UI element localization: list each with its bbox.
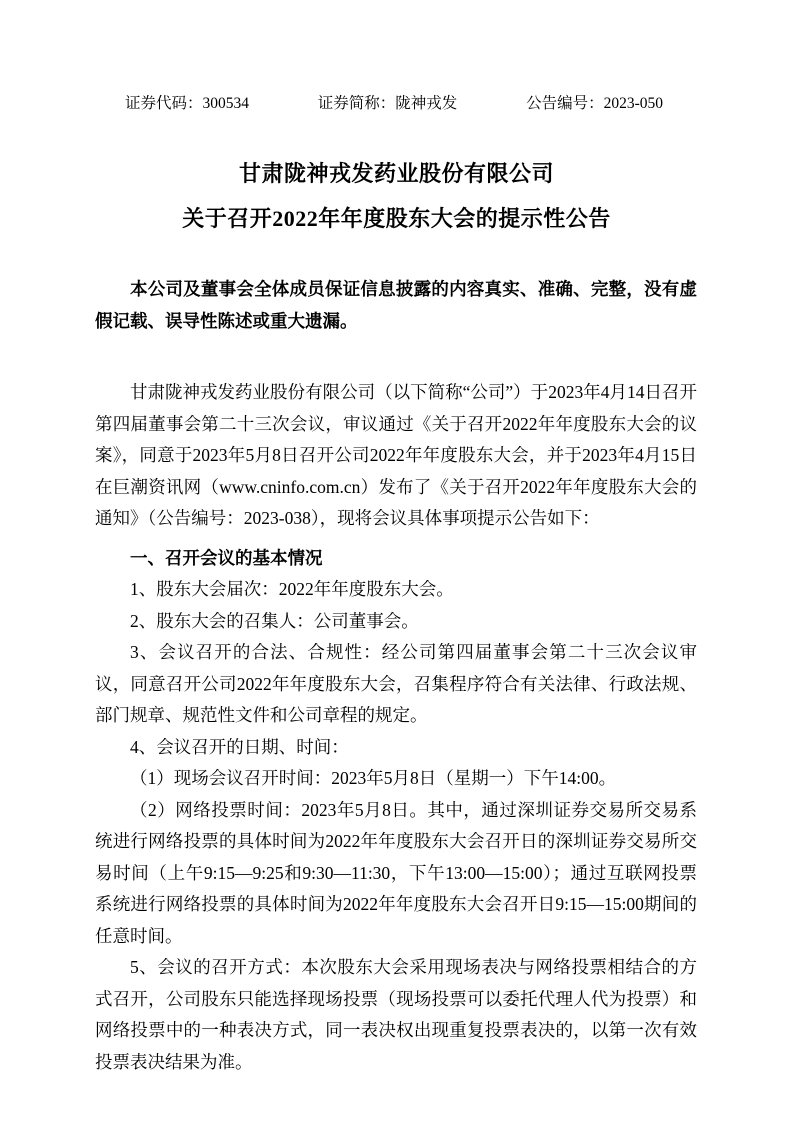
securities-abbreviation: 证券简称：陇神戎发 [318, 94, 458, 114]
company-name-title: 甘肃陇神戎发药业股份有限公司 [0, 159, 793, 189]
document-page: 证券代码：300534 证券简称：陇神戎发 公告编号：2023-050 甘肃陇神… [0, 0, 793, 1122]
item-convening-method: 5、会议的召开方式：本次股东大会采用现场表决与网络投票相结合的方式召开，公司股东… [95, 952, 697, 1078]
item-online-voting-time: （2）网络投票时间：2023年5月8日。其中，通过深圳证券交易所交易系统进行网络… [95, 795, 697, 953]
document-header: 证券代码：300534 证券简称：陇神戎发 公告编号：2023-050 [125, 0, 663, 114]
item-date-time: 4、会议召开的日期、时间： [95, 732, 697, 764]
announcement-title: 关于召开2022年年度股东大会的提示性公告 [0, 204, 793, 234]
document-body: 本公司及董事会全体成员保证信息披露的内容真实、准确、完整，没有虚假记载、误导性陈… [95, 274, 697, 1078]
item-convener: 2、股东大会的召集人：公司董事会。 [95, 606, 697, 638]
item-meeting-session: 1、股东大会届次：2022年年度股东大会。 [95, 574, 697, 606]
intro-paragraph: 甘肃陇神戎发药业股份有限公司（以下简称“公司”）于2023年4月14日召开第四届… [95, 377, 697, 535]
item-legality: 3、会议召开的合法、合规性：经公司第四届董事会第二十三次会议审议，同意召开公司2… [95, 637, 697, 732]
securities-code: 证券代码：300534 [125, 94, 249, 114]
disclaimer-statement: 本公司及董事会全体成员保证信息披露的内容真实、准确、完整，没有虚假记载、误导性陈… [95, 274, 697, 337]
section-heading-1: 一、召开会议的基本情况 [95, 543, 697, 575]
item-onsite-meeting-time: （1）现场会议召开时间：2023年5月8日（星期一）下午14:00。 [95, 763, 697, 795]
announcement-number: 公告编号：2023-050 [526, 94, 663, 114]
